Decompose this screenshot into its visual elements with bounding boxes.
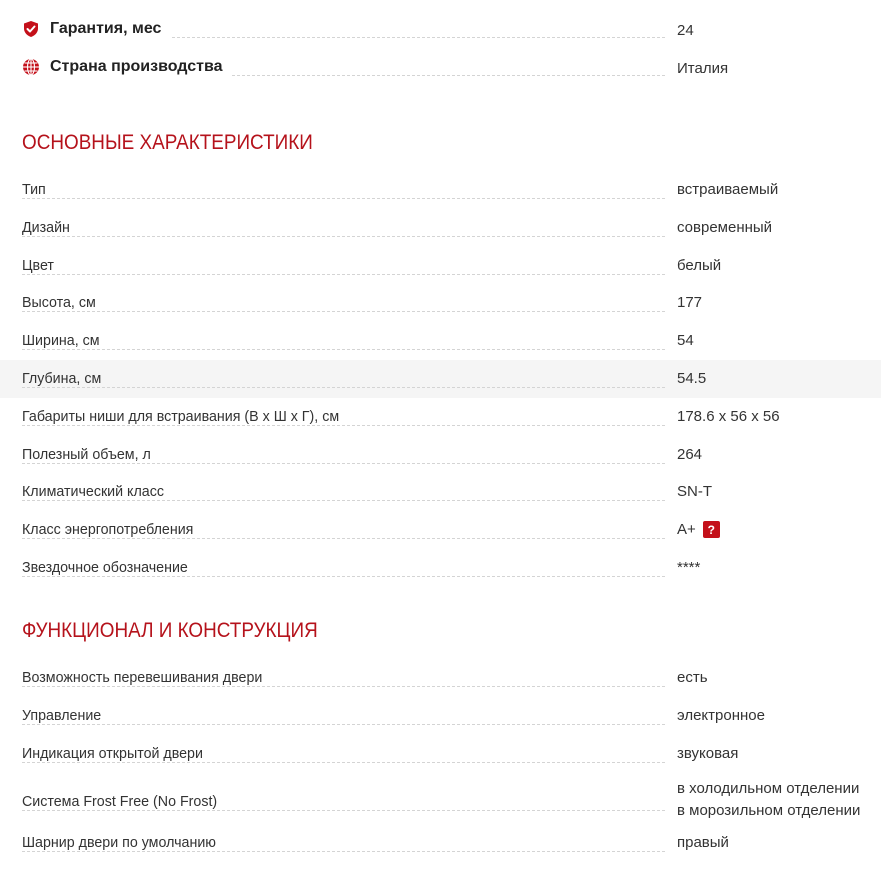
spec-value: 264 bbox=[677, 446, 702, 463]
dotted-leader bbox=[22, 198, 665, 199]
dotted-leader bbox=[22, 349, 665, 350]
dotted-leader bbox=[22, 576, 665, 577]
spec-list-main: Типвстраиваемый Дизайнсовременный Цветбе… bbox=[0, 171, 881, 587]
spec-label: Управление bbox=[22, 707, 113, 724]
spec-label: Система Frost Free (No Frost) bbox=[22, 793, 229, 810]
spec-value: встраиваемый bbox=[677, 181, 778, 198]
spec-row: Шарнир двери по умолчаниюправый bbox=[0, 824, 881, 862]
spec-row: Климатический классSN-T bbox=[0, 473, 881, 511]
spec-row: Управлениеэлектронное bbox=[0, 697, 881, 735]
spec-value: 178.6 x 56 x 56 bbox=[677, 408, 780, 425]
spec-row: Габариты ниши для встраивания (В х Ш х Г… bbox=[0, 398, 881, 436]
spec-label: Класс энергопотребления bbox=[22, 521, 205, 538]
section-title-features: ФУНКЦИОНАЛ И КОНСТРУКЦИЯ bbox=[22, 619, 318, 643]
spec-value: звуковая bbox=[677, 745, 738, 762]
top-specs: Гарантия, мес 24 Страна производства Ита… bbox=[0, 12, 881, 88]
spec-label: Индикация открытой двери bbox=[22, 745, 214, 762]
spec-row-country: Страна производства Италия bbox=[0, 50, 881, 88]
spec-row-warranty: Гарантия, мес 24 bbox=[0, 12, 881, 50]
dotted-leader bbox=[22, 387, 665, 388]
spec-label: Страна производства bbox=[50, 58, 222, 76]
spec-label: Полезный объем, л bbox=[22, 446, 162, 463]
dotted-leader bbox=[22, 686, 665, 687]
dotted-leader bbox=[22, 236, 665, 237]
spec-row: Ширина, см54 bbox=[0, 322, 881, 360]
dotted-leader bbox=[22, 851, 665, 852]
spec-row: Цветбелый bbox=[0, 247, 881, 285]
spec-row: Система Frost Free (No Frost)в холодильн… bbox=[0, 772, 881, 824]
spec-value: 54 bbox=[677, 332, 694, 349]
help-icon[interactable]: ? bbox=[703, 521, 720, 538]
spec-row: Класс энергопотребленияA+? bbox=[0, 511, 881, 549]
spec-label: Шарнир двери по умолчанию bbox=[22, 834, 227, 851]
spec-label: Высота, см bbox=[22, 294, 107, 311]
spec-row: Полезный объем, л264 bbox=[0, 436, 881, 474]
dotted-leader bbox=[22, 463, 665, 464]
dotted-leader bbox=[22, 810, 665, 811]
spec-row-highlighted: Глубина, см54.5 bbox=[0, 360, 881, 398]
shield-check-icon bbox=[22, 20, 40, 38]
spec-value: Италия bbox=[677, 60, 728, 77]
spec-label: Ширина, см bbox=[22, 332, 111, 349]
dotted-leader bbox=[22, 538, 665, 539]
dotted-leader bbox=[22, 274, 665, 275]
spec-value: 177 bbox=[677, 294, 702, 311]
spec-label: Гарантия, мес bbox=[50, 20, 161, 38]
spec-value: **** bbox=[677, 559, 700, 576]
spec-value: A+? bbox=[677, 521, 720, 538]
spec-value: SN-T bbox=[677, 483, 712, 500]
spec-row: Дизайнсовременный bbox=[0, 209, 881, 247]
spec-value: правый bbox=[677, 834, 729, 851]
spec-label: Габариты ниши для встраивания (В х Ш х Г… bbox=[22, 408, 351, 425]
section-title-main: ОСНОВНЫЕ ХАРАКТЕРИСТИКИ bbox=[22, 131, 313, 155]
spec-value: современный bbox=[677, 219, 772, 236]
spec-label: Возможность перевешивания двери bbox=[22, 669, 274, 686]
spec-label: Тип bbox=[22, 181, 57, 198]
spec-label: Глубина, см bbox=[22, 370, 113, 387]
spec-value: 24 bbox=[677, 22, 694, 39]
spec-row: Возможность перевешивания двериесть bbox=[0, 659, 881, 697]
globe-icon bbox=[22, 58, 40, 76]
spec-value: есть bbox=[677, 669, 708, 686]
spec-row: Звездочное обозначение**** bbox=[0, 549, 881, 587]
spec-label: Звездочное обозначение bbox=[22, 559, 199, 576]
spec-row: Типвстраиваемый bbox=[0, 171, 881, 209]
spec-list-features: Возможность перевешивания двериесть Упра… bbox=[0, 659, 881, 862]
spec-label: Дизайн bbox=[22, 219, 81, 236]
spec-value: 54.5 bbox=[677, 370, 706, 387]
dotted-leader bbox=[22, 500, 665, 501]
spec-label: Цвет bbox=[22, 257, 65, 274]
spec-row: Индикация открытой дверизвуковая bbox=[0, 735, 881, 773]
spec-value: белый bbox=[677, 257, 721, 274]
spec-value: электронное bbox=[677, 707, 765, 724]
dotted-leader bbox=[22, 762, 665, 763]
dotted-leader bbox=[22, 311, 665, 312]
dotted-leader bbox=[22, 724, 665, 725]
spec-row: Высота, см177 bbox=[0, 284, 881, 322]
spec-label: Климатический класс bbox=[22, 483, 175, 500]
dotted-leader bbox=[22, 425, 665, 426]
spec-value: в холодильном отделениив морозильном отд… bbox=[677, 778, 860, 822]
